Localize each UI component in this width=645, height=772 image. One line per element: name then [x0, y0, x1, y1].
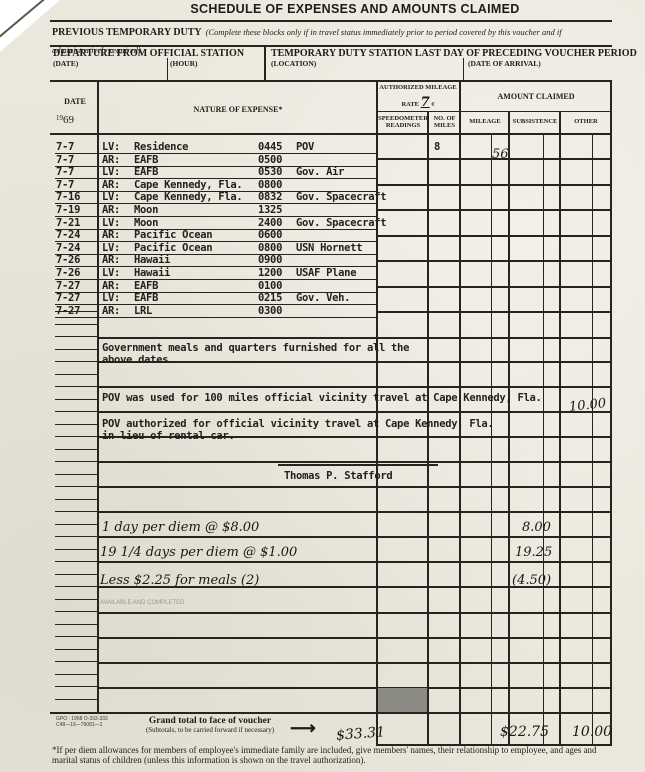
row-action: AR: — [102, 305, 120, 317]
rule — [97, 662, 612, 664]
row-time: 0900 — [258, 254, 282, 266]
row-date: 7-27 — [56, 280, 80, 292]
row-action: LV: — [102, 267, 120, 279]
date-rule — [55, 686, 97, 687]
row-date: 7-27 — [56, 292, 80, 304]
row-time: 0832 — [258, 191, 282, 203]
row-action: AR: — [102, 179, 120, 191]
rate-field: RATE 7 ¢ — [378, 99, 458, 108]
remark-pov-used: POV was used for 100 miles official vici… — [102, 392, 542, 404]
row-place: Cape Kennedy, Fla. — [134, 179, 242, 191]
row-date: 7-7 — [56, 166, 74, 178]
remark-pov-authorized-line1: POV authorized for official vicinity tra… — [102, 418, 493, 430]
arrow-icon: ⟶ — [290, 718, 316, 739]
row-place: Pacific Ocean — [134, 242, 212, 254]
rule — [491, 133, 492, 745]
date-rule — [55, 611, 97, 612]
date-rule — [55, 436, 97, 437]
year-label: 1969 — [56, 114, 74, 126]
row-place: EAFB — [134, 292, 158, 304]
row-place: Moon — [134, 204, 158, 216]
signature-name: Thomas P. Stafford — [284, 470, 392, 482]
row-place: Residence — [134, 141, 188, 153]
handwritten-line-1: 1 day per diem @ $8.00 — [102, 520, 259, 535]
row-date: 7-27 — [56, 305, 80, 317]
rule — [264, 45, 266, 81]
date-rule — [55, 411, 97, 412]
shaded-cell — [378, 688, 427, 712]
row-time: 1325 — [258, 204, 282, 216]
row-action: LV: — [102, 141, 120, 153]
date-rule — [55, 561, 97, 562]
row-action: AR: — [102, 229, 120, 241]
departure-label: DEPARTURE FROM OFFICIAL STATION — [53, 48, 244, 59]
date-rule — [55, 699, 97, 700]
rule — [97, 386, 612, 388]
rule — [50, 712, 612, 714]
handwritten-line-3: Less $2.25 for meals (2) — [100, 573, 259, 588]
row-date: 7-16 — [56, 191, 80, 203]
date-rule — [55, 449, 97, 450]
subsistence-header: SUBSISTENCE — [510, 118, 560, 125]
rule — [376, 286, 612, 288]
form-title: SCHEDULE OF EXPENSES AND AMOUNTS CLAIMED — [155, 2, 555, 16]
rule — [376, 235, 612, 237]
handwritten-amount-1: 8.00 — [522, 520, 551, 535]
date-rule — [55, 424, 97, 425]
row-mode: Gov. Veh. — [296, 292, 350, 304]
row-action: AR: — [102, 204, 120, 216]
amount-claimed-header: AMOUNT CLAIMED — [460, 92, 612, 101]
grand-total-mileage: $33.31 — [336, 724, 386, 743]
row-time: 1200 — [258, 267, 282, 279]
previous-duty-label: PREVIOUS TEMPORARY DUTY — [52, 27, 202, 38]
row-mode: Gov. Spacecraft — [296, 191, 386, 203]
date-rule — [55, 661, 97, 662]
row-time: 0300 — [258, 305, 282, 317]
voucher-page: SCHEDULE OF EXPENSES AND AMOUNTS CLAIMED… — [0, 0, 645, 772]
tdy-arrival-label: (DATE OF ARRIVAL) — [468, 59, 541, 68]
date-rule — [55, 349, 97, 350]
date-rule — [55, 511, 97, 512]
date-rule — [55, 574, 97, 575]
row-action: LV: — [102, 166, 120, 178]
row-action: LV: — [102, 292, 120, 304]
rule — [463, 58, 464, 80]
row-date: 7-26 — [56, 267, 80, 279]
rule — [97, 561, 612, 563]
row-place: Pacific Ocean — [134, 229, 212, 241]
date-rule — [55, 374, 97, 375]
row-time: 0530 — [258, 166, 282, 178]
print-code: GPO : 1968 O-333-333 C48—16—79081—1 — [56, 716, 108, 728]
row-place: EAFB — [134, 280, 158, 292]
row-time: 0600 — [258, 229, 282, 241]
date-rule — [55, 461, 97, 462]
row-place: LRL — [134, 305, 152, 317]
row-mileage-amount: 56 — [492, 147, 509, 162]
date-rule — [55, 649, 97, 650]
grand-total-subsistence: $22.75 — [500, 724, 549, 740]
rate-label: RATE — [401, 101, 419, 108]
signature-line — [278, 464, 438, 466]
row-mode: POV — [296, 141, 314, 153]
date-rule — [55, 549, 97, 550]
rule — [508, 111, 510, 745]
nature-header: NATURE OF EXPENSE* — [100, 105, 376, 114]
date-rule — [55, 324, 97, 325]
rule — [376, 311, 612, 313]
row-time: 2400 — [258, 217, 282, 229]
row-date: 7-7 — [56, 154, 74, 166]
row-place: EAFB — [134, 154, 158, 166]
row-action: AR: — [102, 154, 120, 166]
grand-total-other: 10.00 — [572, 724, 612, 740]
row-date: 7-24 — [56, 229, 80, 241]
rule — [376, 184, 612, 186]
row-place: Hawaii — [134, 254, 170, 266]
row-action: LV: — [102, 191, 120, 203]
row-date: 7-7 — [56, 179, 74, 191]
rule — [376, 260, 612, 262]
rule — [50, 45, 612, 47]
date-rule — [55, 386, 97, 387]
speedometer-header: SPEEDOMETER READINGS — [378, 115, 428, 129]
faint-bleedthrough-text: AVAILABLE AND COMPLETED — [100, 600, 184, 606]
rate-value: 7 — [421, 95, 430, 110]
rule — [50, 133, 612, 135]
date-rule — [55, 674, 97, 675]
row-action: AR: — [102, 280, 120, 292]
row-date: 7-19 — [56, 204, 80, 216]
rule — [50, 80, 612, 82]
handwritten-amount-2: 19.25 — [515, 545, 552, 560]
rule — [378, 111, 612, 112]
row-place: Cape Kennedy, Fla. — [134, 191, 242, 203]
date-rule — [55, 599, 97, 600]
departure-hour-label: (HOUR) — [170, 59, 198, 68]
rule — [97, 461, 612, 463]
rule — [592, 133, 593, 745]
mileage-header: MILEAGE — [461, 118, 509, 125]
rule — [167, 58, 168, 80]
year-suffix: 69 — [63, 114, 74, 126]
grand-total-sublabel: (Subtotals, to be carried forward if nec… — [140, 726, 280, 734]
row-mode: USAF Plane — [296, 267, 356, 279]
rule — [97, 536, 612, 538]
grand-total-label-block: Grand total to face of voucher (Subtotal… — [140, 716, 280, 734]
date-rule — [55, 536, 97, 537]
other-header: OTHER — [561, 118, 611, 125]
row-time: 0500 — [258, 154, 282, 166]
date-rule — [55, 361, 97, 362]
row-time: 0100 — [258, 280, 282, 292]
row-miles: 8 — [434, 141, 440, 153]
row-date: 7-26 — [56, 254, 80, 266]
row-place: EAFB — [134, 166, 158, 178]
rule — [376, 209, 612, 211]
rule — [97, 687, 612, 689]
date-rule — [55, 624, 97, 625]
row-date: 7-24 — [56, 242, 80, 254]
date-rule — [55, 524, 97, 525]
print-code-line2: C48—16—79081—1 — [56, 722, 108, 728]
row-date: 7-21 — [56, 217, 80, 229]
handwritten-amount-3: (4.50) — [512, 573, 551, 588]
footnote: *If per diem allowances for members of e… — [52, 745, 612, 765]
miles-header: NO. OF MILES — [429, 115, 460, 129]
rule — [97, 511, 612, 513]
date-rule — [55, 586, 97, 587]
date-rule — [55, 399, 97, 400]
row-mode: Gov. Air — [296, 166, 344, 178]
handwritten-line-2: 19 1/4 days per diem @ $1.00 — [100, 545, 297, 560]
row-mode: USN Hornett — [296, 242, 362, 254]
row-time: 0445 — [258, 141, 282, 153]
remark-pov-authorized-line2: in lieu of rental car. — [102, 430, 234, 442]
row-time: 0800 — [258, 242, 282, 254]
rule — [97, 80, 99, 712]
grand-total-label: Grand total to face of voucher — [140, 716, 280, 726]
date-rule — [55, 636, 97, 637]
date-header: DATE — [52, 97, 98, 106]
row-place: Hawaii — [134, 267, 170, 279]
date-rule — [55, 499, 97, 500]
remark-meals-line2: above dates. — [102, 354, 174, 366]
row-action: LV: — [102, 242, 120, 254]
rule — [97, 411, 612, 413]
row-date: 7-7 — [56, 141, 74, 153]
date-rule — [55, 474, 97, 475]
rule — [97, 637, 612, 639]
tdy-location-label: (LOCATION) — [271, 59, 316, 68]
row-action: AR: — [102, 254, 120, 266]
row-mode: Gov. Spacecraft — [296, 217, 386, 229]
rule — [559, 111, 561, 745]
rule — [97, 612, 612, 614]
row-action: LV: — [102, 217, 120, 229]
rule — [97, 486, 612, 488]
row-time: 0215 — [258, 292, 282, 304]
departure-date-label: (DATE) — [53, 59, 78, 68]
rule — [97, 337, 612, 339]
date-rule — [55, 336, 97, 337]
row-time: 0800 — [258, 179, 282, 191]
row-rule — [55, 317, 376, 318]
tdy-station-label: TEMPORARY DUTY STATION LAST DAY OF PRECE… — [271, 48, 637, 59]
rule — [543, 133, 544, 745]
authorized-mileage-header: AUTHORIZED MILEAGE — [378, 84, 458, 91]
date-rule — [55, 486, 97, 487]
rate-unit: ¢ — [431, 101, 434, 108]
row-place: Moon — [134, 217, 158, 229]
remark-meals-line1: Government meals and quarters furnished … — [102, 342, 409, 354]
